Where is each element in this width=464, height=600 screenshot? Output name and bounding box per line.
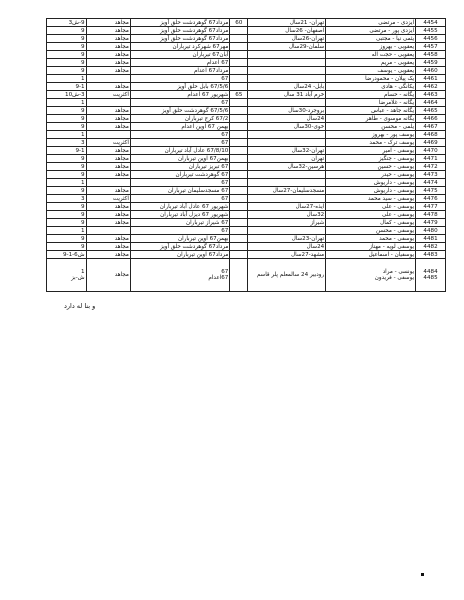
- origin-age: تهران: [248, 155, 326, 163]
- person-name: یوسفی - محمد: [326, 235, 416, 243]
- group-affiliation: مجاهد: [86, 35, 130, 43]
- execution-info-line: 67اعدام: [132, 275, 228, 281]
- person-name: یوسفی - داریوش: [326, 187, 416, 195]
- status-code-line: ش-بز: [48, 275, 85, 281]
- row-id: 4473: [416, 171, 446, 179]
- origin-age: [248, 227, 326, 235]
- number-cell: [230, 147, 248, 155]
- number-cell: [230, 235, 248, 243]
- origin-age: [248, 51, 326, 59]
- number-cell: [230, 131, 248, 139]
- group-affiliation: مجاهد: [86, 107, 130, 115]
- execution-info: 67: [130, 139, 229, 147]
- execution-info: 67 مسجدسلیمان تیرباران: [130, 187, 229, 195]
- row-id: 4464: [416, 99, 446, 107]
- origin-age: [248, 195, 326, 203]
- status-code: 9: [47, 51, 87, 59]
- origin-age: [248, 131, 326, 139]
- execution-info: مرداد67 گوهردشت حلق آویز: [130, 243, 229, 251]
- person-name: یوسفی - امیر: [326, 147, 416, 155]
- execution-info: 67: [130, 227, 229, 235]
- origin-age: ایذه-27سال: [248, 203, 326, 211]
- group-affiliation: مجاهد: [86, 251, 130, 259]
- person-name: یوسفی - جنگیز: [326, 155, 416, 163]
- group-affiliation: اکثریت: [86, 91, 130, 99]
- status-code: ش6-1-9: [47, 251, 87, 259]
- status-code: 1: [47, 99, 87, 107]
- status-code: 9: [47, 155, 87, 163]
- row-id: 4469: [416, 139, 446, 147]
- status-code: 9: [47, 67, 87, 75]
- table-row: 4455ایزدی پور - مرتضیاصفهان- 26سالمرداد6…: [47, 27, 446, 35]
- row-id: 4477: [416, 203, 446, 211]
- person-name: یعقوبی - مریم: [326, 59, 416, 67]
- row-id: 4457: [416, 43, 446, 51]
- table-row: 4474یوسفی - داریوش671: [47, 179, 446, 187]
- execution-info: شهریور 67 عادل آباد تیرباران: [130, 203, 229, 211]
- number-cell: [230, 155, 248, 163]
- row-id: 4461: [416, 75, 446, 83]
- group-affiliation: مجاهد: [86, 59, 130, 67]
- status-code: 9: [47, 171, 87, 179]
- group-affiliation-line: مجاهد: [88, 272, 129, 278]
- number-cell: [230, 75, 248, 83]
- person-name: یعقوبی - بهروز: [326, 43, 416, 51]
- execution-info: 67 شیراز تیرباران: [130, 219, 229, 227]
- group-affiliation: مجاهد: [86, 187, 130, 195]
- person-name: یکانگی - هادی: [326, 83, 416, 91]
- status-code: 9: [47, 187, 87, 195]
- origin-age: هرسین-32سال: [248, 163, 326, 171]
- group-affiliation: مجاهد: [86, 155, 130, 163]
- origin-age: [248, 59, 326, 67]
- execution-info: 67: [130, 179, 229, 187]
- table-row: 4467یلمی - محسنخوی-30سالبهمن 67 اوین اعد…: [47, 123, 446, 131]
- origin-age: [248, 67, 326, 75]
- execution-info: مرداد67 اعدام: [130, 67, 229, 75]
- table-row: 44844485یونسی - مرادیوسفی - فریدونرودبیر…: [47, 259, 446, 292]
- execution-info: مهر67 شهرکرد تیرباران: [130, 43, 229, 51]
- person-name: یلمی - محسن: [326, 123, 416, 131]
- person-name: ایزدی پور - مرتضی: [326, 27, 416, 35]
- person-name: یگانه موسوی - طاهر: [326, 115, 416, 123]
- table-row: 4479یوسفی - کمالشیراز67 شیراز تیربارانمج…: [47, 219, 446, 227]
- group-affiliation: مجاهد: [86, 51, 130, 59]
- row-id: 4465: [416, 107, 446, 115]
- execution-info: 67: [130, 131, 229, 139]
- execution-info: 67/5/6 بابل حلق آویز: [130, 83, 229, 91]
- execution-info: 67/2 کرج تیرباران: [130, 115, 229, 123]
- origin-age: مسجدسلیمان-27سال: [248, 187, 326, 195]
- row-id: 4475: [416, 187, 446, 195]
- number-cell: [230, 139, 248, 147]
- origin-age: تهران- 21سال: [248, 19, 326, 27]
- scanned-page: 4454ایزدی - مرتضیتهران- 21سال60مرداد67 گ…: [0, 0, 464, 600]
- origin-age: بابل- 24سال: [248, 83, 326, 91]
- group-affiliation: مجاهد: [86, 83, 130, 91]
- row-id: 4482: [416, 243, 446, 251]
- table-row: 4472یوسفی - حسینهرسین-32سال67 تبریز تیرب…: [47, 163, 446, 171]
- number-cell: [230, 227, 248, 235]
- table-row: 4459یعقوبی - مریم67 اعداممجاهد9: [47, 59, 446, 67]
- group-affiliation: [86, 99, 130, 107]
- execution-info: 67: [130, 75, 229, 83]
- row-id-line: 4485: [417, 275, 444, 281]
- table-row: 4482یوسفی لویه - مهناز24سالمرداد67 گوهرد…: [47, 243, 446, 251]
- number-cell: [230, 195, 248, 203]
- person-name: یعقوبی - یوسف: [326, 67, 416, 75]
- status-code: 9: [47, 43, 87, 51]
- group-affiliation: مجاهد: [86, 123, 130, 131]
- status-code: 1: [47, 131, 87, 139]
- page-mark: [421, 573, 424, 576]
- table-row: 4458یعقوبی - حجت الهآبان67 تیربارانمجاهد…: [47, 51, 446, 59]
- row-id: 4454: [416, 19, 446, 27]
- origin-age: [248, 139, 326, 147]
- table-row: 4475یوسفی - داریوشمسجدسلیمان-27سال67 مسج…: [47, 187, 446, 195]
- number-cell: [230, 67, 248, 75]
- origin-age: رودبیر 24 سالمعلم پلر قاسم: [248, 259, 326, 292]
- person-name-line: یوسفی - فریدون: [327, 275, 414, 281]
- origin-age: خرم آباد 31 سال: [248, 91, 326, 99]
- row-id: 4458: [416, 51, 446, 59]
- status-code: 9: [47, 27, 87, 35]
- row-id: 4481: [416, 235, 446, 243]
- group-affiliation: مجاهد: [86, 171, 130, 179]
- table-row: 4483یوسفیان - اسماعیلمشهد-27سالمرداد67 ا…: [47, 251, 446, 259]
- row-id: 4479: [416, 219, 446, 227]
- group-affiliation: مجاهد: [86, 163, 130, 171]
- table-row: 4454ایزدی - مرتضیتهران- 21سال60مرداد67 گ…: [47, 19, 446, 27]
- person-name: یگانه - غلامرضا: [326, 99, 416, 107]
- origin-age: تهران-23سال: [248, 235, 326, 243]
- execution-info: 67 تبریز تیرباران: [130, 163, 229, 171]
- person-name: یگانه جاهد - عباس: [326, 107, 416, 115]
- table-row: 4463یگانه - حسامخرم آباد 31 سال65شهریور …: [47, 91, 446, 99]
- execution-info: بهمن 67 اوین اعدام: [130, 123, 229, 131]
- execution-info: 67/8/10 عادل آباد تیرباران: [130, 147, 229, 155]
- number-cell: [230, 259, 248, 292]
- person-name: یوسفی - کمال: [326, 219, 416, 227]
- table-row: 4465یگانه جاهد - عباسبروجرد-30سال67/5/6 …: [47, 107, 446, 115]
- table-row: 4480یوسفی - محسن671: [47, 227, 446, 235]
- origin-age: [248, 75, 326, 83]
- number-cell: [230, 203, 248, 211]
- status-code: 9-1: [47, 147, 87, 155]
- victims-table: 4454ایزدی - مرتضیتهران- 21سال60مرداد67 گ…: [46, 18, 446, 292]
- status-code: 3: [47, 139, 87, 147]
- group-affiliation: مجاهد: [86, 115, 130, 123]
- row-id: 4462: [416, 83, 446, 91]
- table-row: 4473یوسفی - حیدر67 گوهردشت تیربارانمجاهد…: [47, 171, 446, 179]
- person-name: یوسفی - داریوش: [326, 179, 416, 187]
- group-affiliation: [86, 179, 130, 187]
- group-affiliation: مجاهد: [86, 27, 130, 35]
- status-code: 3: [47, 195, 87, 203]
- status-code: 1ش-بز: [47, 259, 87, 292]
- table-row: 4464یگانه - غلامرضا671: [47, 99, 446, 107]
- group-affiliation: مجاهد: [86, 67, 130, 75]
- status-code: 9: [47, 163, 87, 171]
- row-id: 4467: [416, 123, 446, 131]
- execution-info: 67: [130, 195, 229, 203]
- execution-info: 67: [130, 99, 229, 107]
- number-cell: [230, 115, 248, 123]
- row-id: 4480: [416, 227, 446, 235]
- table-row: 4456یثمی نیا - مجتبیتهران-26سالمرداد67 گ…: [47, 35, 446, 43]
- status-code: 9-1: [47, 83, 87, 91]
- row-id: 4483: [416, 251, 446, 259]
- table-row: 4478یوسفی - علی32سالشهریور 67 دیزل آباد …: [47, 211, 446, 219]
- row-id: 4476: [416, 195, 446, 203]
- person-name: یوسفی - محسن: [326, 227, 416, 235]
- origin-age: 32سال: [248, 211, 326, 219]
- group-affiliation: [86, 227, 130, 235]
- group-affiliation: مجاهد: [86, 43, 130, 51]
- number-cell: [230, 251, 248, 259]
- row-id: 4460: [416, 67, 446, 75]
- status-code: 1: [47, 75, 87, 83]
- person-name: ایزدی - مرتضی: [326, 19, 416, 27]
- number-cell: [230, 59, 248, 67]
- number-cell: [230, 179, 248, 187]
- person-name: یوسفی - حسین: [326, 163, 416, 171]
- footnote-text: و بنا له دارد: [64, 302, 95, 310]
- person-name: یوسفیان - اسماعیل: [326, 251, 416, 259]
- group-affiliation: مجاهد: [86, 243, 130, 251]
- number-cell: [230, 107, 248, 115]
- person-name: یونسی - مرادیوسفی - فریدون: [326, 259, 416, 292]
- table-row: 4468یوسف پور - بهروز671: [47, 131, 446, 139]
- group-affiliation: مجاهد: [86, 203, 130, 211]
- origin-age: تهران-26سال: [248, 35, 326, 43]
- execution-info: شهریور 67 دیزل آباد تیرباران: [130, 211, 229, 219]
- row-id: 4474: [416, 179, 446, 187]
- execution-info: مرداد67 اوین تیرباران: [130, 251, 229, 259]
- row-id: 4470: [416, 147, 446, 155]
- status-code: 9: [47, 219, 87, 227]
- person-name: یثمی نیا - مجتبی: [326, 35, 416, 43]
- origin-age: مشهد-27سال: [248, 251, 326, 259]
- origin-age: تهران-32سال: [248, 147, 326, 155]
- origin-age-line: رودبیر 24 سالمعلم پلر قاسم: [249, 272, 324, 278]
- status-code: 1: [47, 179, 87, 187]
- table-row: 4457یعقوبی - بهروزسلمان-29سالمهر67 شهرکر…: [47, 43, 446, 51]
- origin-age: خوی-30سال: [248, 123, 326, 131]
- group-affiliation: اکثریت: [86, 139, 130, 147]
- number-cell: [230, 43, 248, 51]
- execution-info: 67/5/6 گوهردشت حلق آویز: [130, 107, 229, 115]
- group-affiliation: اکثریت: [86, 195, 130, 203]
- person-name: یعقوبی - حجت اله: [326, 51, 416, 59]
- person-name: یوسفی - سید محمد: [326, 195, 416, 203]
- table-row: 4461یک پیلان - محمودرضا671: [47, 75, 446, 83]
- origin-age: 24سال: [248, 243, 326, 251]
- execution-info: بهمن67 اوین تیرباران: [130, 235, 229, 243]
- number-cell: 65: [230, 91, 248, 99]
- status-code: 9: [47, 59, 87, 67]
- table-row: 4481یوسفی - محمدتهران-23سالبهمن67 اوین ت…: [47, 235, 446, 243]
- table-row: 4470یوسفی - امیرتهران-32سال67/8/10 عادل …: [47, 147, 446, 155]
- person-name: یوسفی - علی: [326, 211, 416, 219]
- person-name: یوسفی - حیدر: [326, 171, 416, 179]
- status-code: 9: [47, 235, 87, 243]
- status-code: 9: [47, 115, 87, 123]
- person-name: یوسف ترک - محمد: [326, 139, 416, 147]
- table-row: 4471یوسفی - جنگیزتهرانبهمن67 اوین تیربار…: [47, 155, 446, 163]
- origin-age: [248, 179, 326, 187]
- status-code: 9-ش3: [47, 19, 87, 27]
- group-affiliation: مجاهد: [86, 211, 130, 219]
- group-affiliation: مجاهد: [86, 235, 130, 243]
- execution-info: مرداد67 گوهردشت حلق آویز: [130, 35, 229, 43]
- row-id: 4459: [416, 59, 446, 67]
- table-row: 4477یوسفی - علیایذه-27سالشهریور 67 عادل …: [47, 203, 446, 211]
- number-cell: [230, 211, 248, 219]
- group-affiliation: مجاهد: [86, 259, 130, 292]
- origin-age: شیراز: [248, 219, 326, 227]
- row-id: 4455: [416, 27, 446, 35]
- status-code: 9: [47, 211, 87, 219]
- person-name: یوسفی - علی: [326, 203, 416, 211]
- origin-age: بروجرد-30سال: [248, 107, 326, 115]
- number-cell: [230, 123, 248, 131]
- person-name: یوسف پور - بهروز: [326, 131, 416, 139]
- execution-info: 67 گوهردشت تیرباران: [130, 171, 229, 179]
- table-row: 4466یگانه موسوی - طاهر24سال67/2 کرج تیرب…: [47, 115, 446, 123]
- origin-age: اصفهان- 26سال: [248, 27, 326, 35]
- number-cell: [230, 27, 248, 35]
- execution-info: شهریور 67 اعدام: [130, 91, 229, 99]
- row-id: 4468: [416, 131, 446, 139]
- table-row: 4469یوسف ترک - محمد67اکثریت3: [47, 139, 446, 147]
- number-cell: [230, 163, 248, 171]
- group-affiliation: مجاهد: [86, 147, 130, 155]
- execution-info: 67 اعدام: [130, 59, 229, 67]
- number-cell: [230, 171, 248, 179]
- number-cell: [230, 243, 248, 251]
- execution-info: آبان67 تیرباران: [130, 51, 229, 59]
- row-id: 4472: [416, 163, 446, 171]
- row-id: 4463: [416, 91, 446, 99]
- status-code: 9: [47, 123, 87, 131]
- number-cell: [230, 35, 248, 43]
- row-id: 4456: [416, 35, 446, 43]
- table-row: 4460یعقوبی - یوسفمرداد67 اعداممجاهد9: [47, 67, 446, 75]
- table-row: 4462یکانگی - هادیبابل- 24سال67/5/6 بابل …: [47, 83, 446, 91]
- row-id: 4478: [416, 211, 446, 219]
- origin-age: [248, 99, 326, 107]
- group-affiliation: [86, 75, 130, 83]
- number-cell: [230, 51, 248, 59]
- status-code: 9: [47, 203, 87, 211]
- number-cell: [230, 99, 248, 107]
- number-cell: [230, 187, 248, 195]
- execution-info: مرداد67 گوهردشت حلق آویز: [130, 19, 229, 27]
- number-cell: 60: [230, 19, 248, 27]
- status-code: 9: [47, 35, 87, 43]
- execution-info: 6767اعدام: [130, 259, 229, 292]
- number-cell: [230, 219, 248, 227]
- origin-age: سلمان-29سال: [248, 43, 326, 51]
- execution-info: بهمن67 اوین تیرباران: [130, 155, 229, 163]
- execution-info: مرداد67 گوهردشت حلق آویز: [130, 27, 229, 35]
- status-code: 3-ش10: [47, 91, 87, 99]
- person-name: یوسفی لویه - مهناز: [326, 243, 416, 251]
- person-name: یگانه - حسام: [326, 91, 416, 99]
- row-id: 4471: [416, 155, 446, 163]
- status-code: 9: [47, 243, 87, 251]
- group-affiliation: مجاهد: [86, 219, 130, 227]
- number-cell: [230, 83, 248, 91]
- row-id: 4466: [416, 115, 446, 123]
- person-name: یک پیلان - محمودرضا: [326, 75, 416, 83]
- row-id: 44844485: [416, 259, 446, 292]
- table-row: 4476یوسفی - سید محمد67اکثریت3: [47, 195, 446, 203]
- group-affiliation: مجاهد: [86, 19, 130, 27]
- status-code: 1: [47, 227, 87, 235]
- origin-age: [248, 171, 326, 179]
- status-code: 9: [47, 107, 87, 115]
- origin-age: 24سال: [248, 115, 326, 123]
- group-affiliation: [86, 131, 130, 139]
